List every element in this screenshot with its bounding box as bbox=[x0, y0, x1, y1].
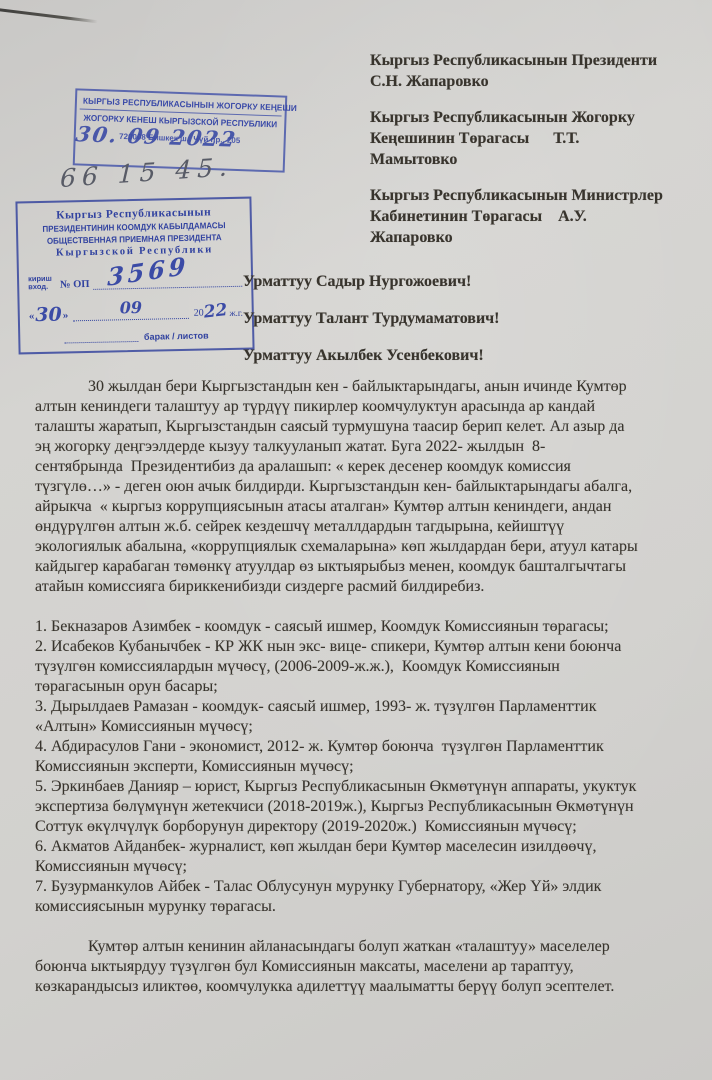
list-item-3: 3. Дырылдаев Рамазан - коомдук- саясый и… bbox=[35, 697, 699, 737]
stamp-priemnaya: Кыргыз Республикасынын ПРЕЗИДЕНТИНИН КОО… bbox=[15, 197, 254, 355]
sheets-label: барак / листов bbox=[144, 330, 209, 341]
letter-body: 30 жылдан бери Кыргызстандын кен - байлы… bbox=[35, 377, 699, 997]
salutation-1: Урматтуу Садыр Нургожоевич! bbox=[243, 272, 500, 292]
closing-paragraph: Кумтөр алтын кенинин айланасындагы болуп… bbox=[35, 937, 699, 997]
date-dotted-line: 09 bbox=[73, 301, 189, 321]
salutation-2: Урматтуу Талант Турдумаматович! bbox=[243, 309, 500, 329]
list-item-2: 2. Исабеков Кубанычбек - КР ЖК нын экс- … bbox=[35, 637, 699, 697]
handwritten-day: 30 bbox=[35, 308, 62, 323]
entry-label: кириш вход. bbox=[28, 275, 52, 291]
list-item-6: 6. Акматов Айданбек- журналист, көп жылд… bbox=[35, 837, 699, 877]
list-item-4: 4. Абдирасулов Гани - экономист, 2012- ж… bbox=[35, 737, 699, 777]
handwritten-year: 22 bbox=[203, 304, 228, 319]
pen-mark bbox=[0, 8, 98, 23]
stamp-date-row: « 30 » 09 20 22 ж.г. bbox=[25, 300, 247, 323]
sheets-dotted-line bbox=[64, 331, 138, 344]
list-item-5: 5. Эркинбаев Данияр – юрист, Кыргыз Респ… bbox=[35, 777, 699, 837]
salutations: Урматтуу Садыр Нургожоевич! Урматтуу Тал… bbox=[243, 272, 500, 383]
list-item-1: 1. Бекназаров Азимбек - коомдук - саясый… bbox=[35, 617, 699, 637]
close-quote: » bbox=[63, 309, 69, 321]
entry-number-dotted-line: 3569 bbox=[93, 273, 242, 290]
entry-label-ru: вход. bbox=[28, 283, 52, 291]
list-item-7: 7. Бузурманкулов Айбек - Талас Облусунун… bbox=[35, 877, 699, 917]
addressee-cabinet-chairman: Кыргыз Республикасынын Министрлер Кабине… bbox=[370, 185, 700, 248]
scanned-letter-page: КЫРГЫЗ РЕСПУБЛИКАСЫНЫН ЖОГОРКУ КЕҢЕШИ ЖО… bbox=[0, 0, 712, 1080]
entry-number-label: № ОП bbox=[60, 279, 90, 291]
stamp-entry-row: кириш вход. № ОП 3569 bbox=[24, 271, 246, 292]
addressee-president: Кыргыз Республикасынын Президенти С.Н. Ж… bbox=[370, 50, 700, 92]
open-quote: « bbox=[29, 310, 35, 322]
stamp-sheets-row: барак / листов bbox=[25, 329, 247, 345]
body-paragraph: 30 жылдан бери Кыргызстандын кен - байлы… bbox=[35, 377, 699, 597]
printed-year-prefix: 20 bbox=[194, 308, 204, 319]
handwritten-month: 09 bbox=[120, 298, 143, 317]
addressee-jogorku-kenesh-chairman: Кыргыз Республикасынын Жогорку Кеңешинин… bbox=[370, 107, 700, 170]
date-suffix: ж.г. bbox=[229, 308, 243, 318]
stamp-priemnaya-line4: Кыргызской Республики bbox=[23, 244, 245, 260]
salutation-3: Урматтуу Акылбек Усенбекович! bbox=[243, 346, 500, 366]
addressee-block: Кыргыз Республикасынын Президенти С.Н. Ж… bbox=[370, 50, 700, 263]
